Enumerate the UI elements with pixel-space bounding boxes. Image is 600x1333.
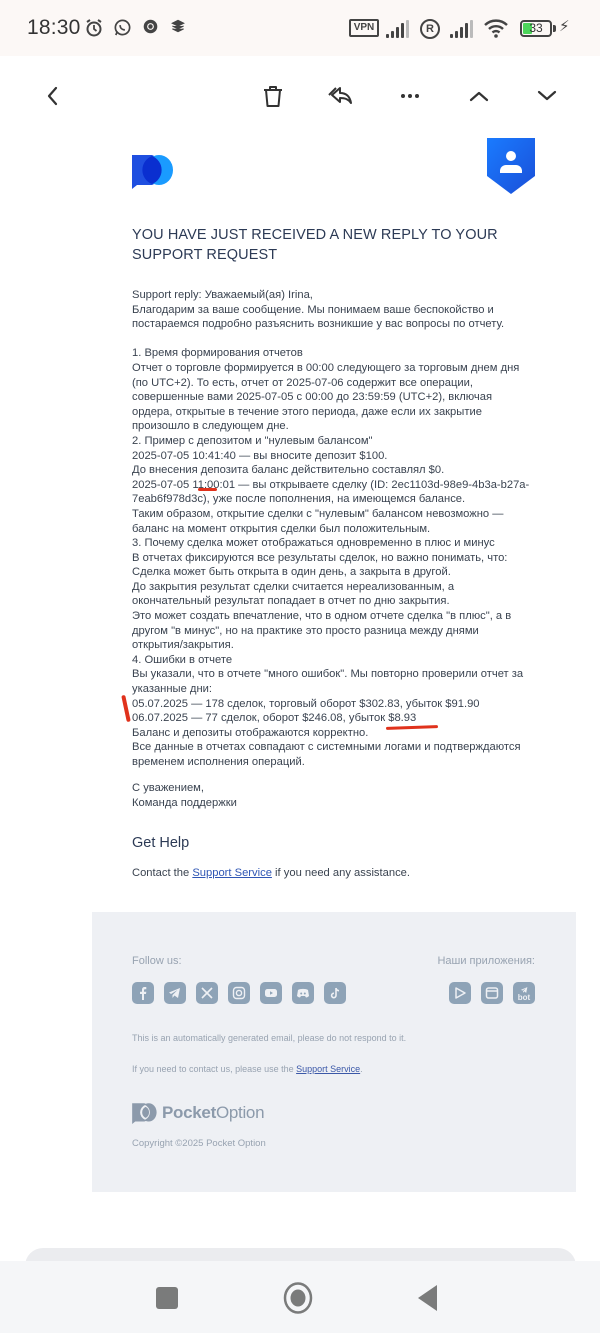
email-toolbar xyxy=(0,56,600,132)
body-line: Сделка может быть открыта в один день, а… xyxy=(132,565,552,580)
telegram-bot-icon[interactable]: bot xyxy=(513,982,535,1004)
signal-icon xyxy=(386,20,412,38)
body-line: совершенные вами 2025-07-05 с 00:00 до 2… xyxy=(132,390,552,405)
closing-text: С уважением, xyxy=(132,781,237,796)
body-line: окончательный результат попадает в отчет… xyxy=(132,594,552,609)
body-line: 05.07.2025 — 178 сделок, торговый оборот… xyxy=(132,697,552,712)
contact-text: Contact the Support Service if you need … xyxy=(132,867,410,879)
chevron-up-icon xyxy=(465,82,493,110)
triangle-back-icon xyxy=(416,1283,440,1313)
social-links xyxy=(132,982,346,1004)
whatsapp-icon xyxy=(113,18,132,42)
wifi-icon xyxy=(483,17,509,44)
body-line: 7eab6f978d3c), уже после пополнения, на … xyxy=(132,492,552,507)
youtube-icon[interactable] xyxy=(260,982,282,1004)
body-line: Таким образом, открытие сделки с "нулевы… xyxy=(132,507,552,522)
battery-level: 33 xyxy=(522,21,550,35)
copyright: Copyright ©2025 Pocket Option xyxy=(132,1138,266,1149)
body-line: 2025-07-05 11:00:01 — вы открываете сдел… xyxy=(132,478,552,493)
blank-line xyxy=(132,332,552,347)
tiktok-icon[interactable] xyxy=(324,982,346,1004)
email-body: Support reply: Уважаемый(ая) Irina,Благо… xyxy=(132,288,552,770)
chevron-down-icon xyxy=(533,82,561,110)
email-footer: Follow us: Наши приложения: bot This is … xyxy=(92,912,576,1192)
body-line: Отчет о торговле формируется в 00:00 сле… xyxy=(132,361,552,376)
body-line: 1. Время формирования отчетов xyxy=(132,346,552,361)
square-icon xyxy=(155,1286,179,1310)
body-line: В отчетах фиксируются все результаты сде… xyxy=(132,551,552,566)
system-nav-bar xyxy=(0,1261,600,1333)
signature-text: Команда поддержки xyxy=(132,796,237,811)
body-line: другом "в минус", но на практике это про… xyxy=(132,624,552,639)
recents-button[interactable] xyxy=(150,1281,184,1315)
x-icon[interactable] xyxy=(196,982,218,1004)
pocket-option-logo-icon xyxy=(132,1102,158,1124)
body-line: произошло в следующем дне. xyxy=(132,419,552,434)
chevron-left-icon xyxy=(39,82,67,110)
previous-email-button[interactable] xyxy=(459,76,499,116)
telegram-icon[interactable] xyxy=(164,982,186,1004)
layers-icon xyxy=(170,18,186,39)
email-title: YOU HAVE JUST RECEIVED A NEW REPLY TO YO… xyxy=(132,225,542,265)
chrome-icon xyxy=(142,18,159,40)
body-line: ордера, открытые в течение этого периода… xyxy=(132,405,552,420)
home-circle-icon xyxy=(282,1281,314,1315)
get-help-heading: Get Help xyxy=(132,835,189,851)
email-signature: С уважением, Команда поддержки xyxy=(132,781,237,810)
facebook-icon[interactable] xyxy=(132,982,154,1004)
more-button[interactable] xyxy=(390,76,430,116)
body-line: временем исполнения операций. xyxy=(132,755,552,770)
vpn-badge: VPN xyxy=(349,19,379,37)
play-store-icon[interactable] xyxy=(449,982,471,1004)
charging-icon: ⚡ xyxy=(559,17,570,35)
footer-contact-text: If you need to contact us, please use th… xyxy=(132,1064,363,1074)
annotation-underline-time xyxy=(198,488,217,491)
status-bar: 18:30 VPN R 33 ⚡ xyxy=(0,0,600,56)
footer-logo: PocketOption xyxy=(132,1101,264,1125)
next-email-button[interactable] xyxy=(527,76,567,116)
instagram-icon[interactable] xyxy=(228,982,250,1004)
home-button[interactable] xyxy=(281,1281,315,1315)
app-links: bot xyxy=(449,982,535,1004)
more-icon xyxy=(396,82,424,110)
body-line: До закрытия результат сделки считается н… xyxy=(132,580,552,595)
body-line: 06.07.2025 — 77 сделок, оборот $246.08, … xyxy=(132,711,552,726)
body-line: Все данные в отчетах совпадают с системн… xyxy=(132,740,552,755)
back-nav-button[interactable] xyxy=(411,1281,445,1315)
delete-button[interactable] xyxy=(253,76,293,116)
support-service-link[interactable]: Support Service xyxy=(192,867,272,879)
follow-us-label: Follow us: xyxy=(132,955,182,967)
body-line: указанные дни: xyxy=(132,682,552,697)
body-line: Баланс и депозиты отображаются корректно… xyxy=(132,726,552,741)
discord-icon[interactable] xyxy=(292,982,314,1004)
body-line: До внесения депозита баланс действительн… xyxy=(132,463,552,478)
battery-tip xyxy=(553,25,556,32)
alarm-icon xyxy=(84,18,104,43)
body-line: 4. Ошибки в отчете xyxy=(132,653,552,668)
signal-icon-2 xyxy=(450,20,476,38)
body-line: Support reply: Уважаемый(ая) Irina, xyxy=(132,288,552,303)
footer-support-service-link[interactable]: Support Service xyxy=(296,1064,360,1074)
reply-all-icon xyxy=(328,82,356,110)
support-shield-icon xyxy=(487,138,535,194)
footer-logo-text: PocketOption xyxy=(162,1103,264,1123)
roaming-icon: R xyxy=(420,19,440,39)
web-app-icon[interactable] xyxy=(481,982,503,1004)
body-line: открытия/закрытия. xyxy=(132,638,552,653)
body-line: (по UTC+2). То есть, отчет от 2025-07-06… xyxy=(132,376,552,391)
body-line: Благодарим за ваше сообщение. Мы понимае… xyxy=(132,303,552,318)
body-line: постараемся подробно разъяснить возникши… xyxy=(132,317,552,332)
pocket-option-logo-icon xyxy=(132,153,174,189)
body-line: Это может создать впечатление, что в одн… xyxy=(132,609,552,624)
apps-label: Наши приложения: xyxy=(437,955,535,967)
auto-generated-notice: This is an automatically generated email… xyxy=(132,1033,406,1043)
reply-all-button[interactable] xyxy=(322,76,362,116)
body-line: баланс на момент открытия сделки был пол… xyxy=(132,522,552,537)
trash-icon xyxy=(259,82,287,110)
back-button[interactable] xyxy=(33,76,73,116)
battery-icon: 33 xyxy=(520,20,552,37)
body-line: 3. Почему сделка может отображаться одно… xyxy=(132,536,552,551)
body-line: 2. Пример с депозитом и "нулевым балансо… xyxy=(132,434,552,449)
body-line: 2025-07-05 10:41:40 — вы вносите депозит… xyxy=(132,449,552,464)
body-line: Вы указали, что в отчете "много ошибок".… xyxy=(132,667,552,682)
status-time: 18:30 xyxy=(27,16,81,40)
